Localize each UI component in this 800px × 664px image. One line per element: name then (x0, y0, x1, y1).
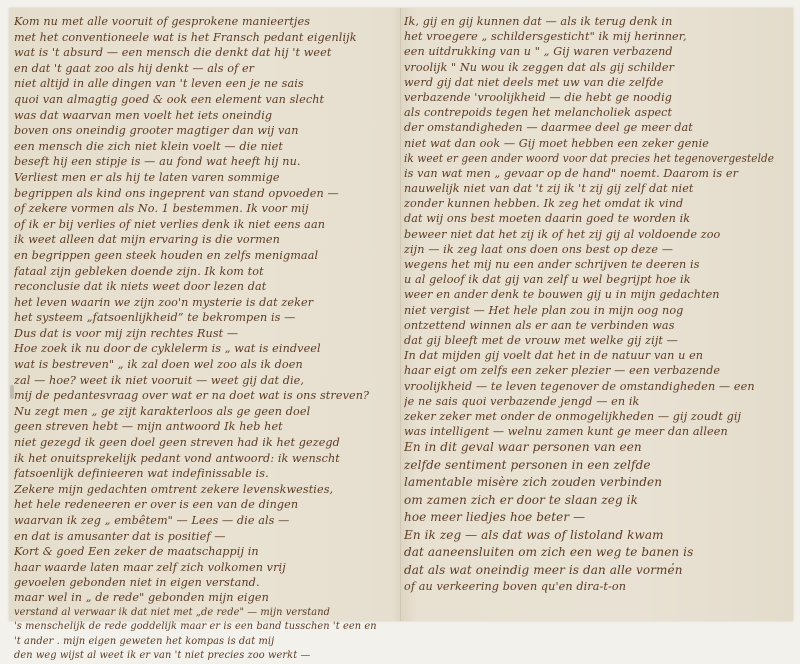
handwritten-line: zeker zeker met onder de onmogelijkheden… (404, 409, 774, 424)
handwritten-line: wegens het mij nu een ander schrijven te… (404, 257, 774, 272)
handwritten-line: En ik zeg — als dat was of listoland kwa… (404, 527, 774, 545)
handwritten-line: quoi van almagtig goed & ook een element… (14, 92, 392, 108)
handwritten-line: gevoelen gebonden niet in eigen verstand… (14, 575, 392, 591)
handwritten-line: of au verkeering boven qu'en dira-t-on (404, 579, 774, 594)
handwritten-line: het leven waarin we zijn zoo'n mysterie … (14, 295, 392, 311)
handwritten-line: Kort & goed Een zeker de maatschappij in (14, 544, 392, 560)
handwritten-line: begrippen als kind ons ingeprent van sta… (14, 186, 392, 202)
handwritten-line: om zamen zich er door te slaan zeg ik (404, 492, 774, 510)
handwritten-line: haar waarde laten maar zelf zich volkome… (14, 560, 392, 576)
handwritten-line: zal — hoe? weet ik niet vooruit — weet g… (14, 373, 392, 389)
handwritten-line: In dat mijden gij voelt dat het in de na… (404, 348, 774, 363)
handwritten-line: dat als wat oneindig meer is dan alle vo… (404, 562, 774, 580)
handwritten-line: en begrippen geen steek houden en zelfs … (14, 248, 392, 264)
handwritten-line: je ne sais quoi verbazende jengd — en ik (404, 394, 774, 409)
handwritten-line: zelfde sentiment personen in een zelfde (404, 457, 774, 475)
handwritten-line: ik het onuitsprekelijk pedant vond antwo… (14, 451, 392, 467)
handwritten-line: het vroegere „ schildersgesticht" ik mij… (404, 29, 774, 44)
handwritten-line: zijn — ik zeg laat ons doen ons best op … (404, 242, 774, 257)
handwritten-line: ik weet alleen dat mijn ervaring is die … (14, 232, 392, 248)
handwritten-line: en dat 't gaat zoo als hij denkt — als o… (14, 61, 392, 77)
handwritten-line: ik weet er geen ander woord voor dat pre… (404, 151, 774, 166)
handwritten-line: was intelligent — welnu zamen kunt ge me… (404, 424, 774, 439)
handwritten-line: beseft hij een stipje is — au fond wat h… (14, 154, 392, 170)
handwritten-line: het systeem „fatsoenlijkheid” te bekromp… (14, 310, 392, 326)
handwritten-line: Zekere mijn gedachten omtrent zekere lev… (14, 482, 392, 498)
handwritten-line: der omstandigheden — daarmee deel ge mee… (404, 120, 774, 135)
left-page: Kom nu met alle vooruit of gesprokene ma… (14, 14, 392, 629)
handwritten-line: en dat is amusanter dat is positief — (14, 529, 392, 545)
handwritten-line: Hoe zoek ik nu door de cyklelerm is „ wa… (14, 341, 392, 357)
handwritten-line: het hele redeneeren er over is een van d… (14, 497, 392, 513)
handwritten-line: dat gij bleeft met de vrouw met welke gi… (404, 333, 774, 348)
handwritten-line: niet vergist — Het hele plan zou in mijn… (404, 303, 774, 318)
handwritten-line: Ik, gij en gij kunnen dat — als ik terug… (404, 14, 774, 29)
handwritten-line: haar eigt om zelfs een zeker plezier — e… (404, 363, 774, 378)
handwritten-line: een uitdrukking van u " „ Gij waren verb… (404, 44, 774, 59)
handwritten-line: niet gezegd ik geen doel geen streven ha… (14, 435, 392, 451)
handwritten-line: dat wij ons best moeten daarin goed te w… (404, 211, 774, 226)
handwritten-line: niet wat dan ook — Gij moet hebben een z… (404, 136, 774, 151)
handwritten-line: wat is bestreven" „ ik zal doen wel zoo … (14, 357, 392, 373)
handwritten-line: Nu zegt men „ ge zijt karakterloos als g… (14, 404, 392, 420)
handwritten-line: weer en ander denk te bouwen gij u in mi… (404, 287, 774, 302)
page-fold-divider (400, 8, 402, 621)
handwritten-line: En in dit geval waar personen van een (404, 439, 774, 457)
handwritten-line: als contrepoids tegen het melancholiek a… (404, 105, 774, 120)
handwritten-line: mij de pedantesvraag over wat er na doet… (14, 388, 392, 404)
handwritten-line: zonder kunnen hebben. Ik zeg het omdat i… (404, 196, 774, 211)
handwritten-line: 's menschelijk de rede goddelijk maar er… (14, 620, 392, 629)
handwritten-line: beweer niet dat het zij ik of het zij gi… (404, 227, 774, 242)
handwritten-line: ontzettend winnen als er aan te verbinde… (404, 318, 774, 333)
handwritten-line: vroolijkheid — te leven tegenover de oms… (404, 379, 774, 394)
handwritten-line: werd gij dat niet deels met uw van die z… (404, 75, 774, 90)
handwritten-line: fatsoenlijk definieeren wat indefinissab… (14, 466, 392, 482)
handwritten-line: hoe meer liedjes hoe beter — (404, 509, 774, 527)
handwritten-line: maar wel in „ de rede" gebonden mijn eig… (14, 591, 392, 606)
scanned-letter: Kom nu met alle vooruit of gesprokene ma… (0, 0, 800, 629)
handwritten-line: niet altijd in alle dingen van 't leven … (14, 76, 392, 92)
handwritten-line: Dus dat is voor mij zijn rechtes Rust — (14, 326, 392, 342)
handwritten-line: fataal zijn gebleken doende zijn. Ik kom… (14, 264, 392, 280)
handwritten-line: dat aaneensluiten om zich een weg te ban… (404, 544, 774, 562)
handwritten-line: wat is 't absurd — een mensch die denkt … (14, 45, 392, 61)
handwritten-line: met het conventioneele wat is het Fransc… (14, 30, 392, 46)
handwritten-line: verstand al verwaar ik dat niet met „de … (14, 606, 392, 621)
handwritten-line: was dat waarvan men voelt het iets onein… (14, 108, 392, 124)
handwritten-line: vroolijk " Nu wou ik zeggen dat als gij … (404, 60, 774, 75)
handwritten-line: Verliest men er als hij te laten varen s… (14, 170, 392, 186)
handwritten-line: is van wat men „ gevaar op de hand" noem… (404, 166, 774, 181)
handwritten-line: verbazende 'vroolijkheid — die hebt ge n… (404, 90, 774, 105)
handwritten-line: Kom nu met alle vooruit of gesprokene ma… (14, 14, 392, 30)
handwritten-line: u al geloof ik dat gij van zelf u wel be… (404, 272, 774, 287)
handwritten-line: een mensch die zich niet klein voelt — d… (14, 139, 392, 155)
handwritten-line: lamentable misère zich zouden verbinden (404, 474, 774, 492)
right-page: Ik, gij en gij kunnen dat — als ik terug… (404, 14, 774, 594)
handwritten-line: of ik er bij verlies of niet verlies den… (14, 217, 392, 233)
handwritten-line: geen streven hebt — mijn antwoord Ik heb… (14, 419, 392, 435)
handwritten-line: boven ons oneindig grooter magtiger dan … (14, 123, 392, 139)
handwritten-line: of zekere vormen als No. 1 bestemmen. Ik… (14, 201, 392, 217)
handwritten-line: reconclusie dat ik niets weet door lezen… (14, 279, 392, 295)
handwritten-line: waarvan ik zeg „ embêtem" — Lees — die a… (14, 513, 392, 529)
handwritten-line: nauwelijk niet van dat 't zij ik 't zij … (404, 181, 774, 196)
